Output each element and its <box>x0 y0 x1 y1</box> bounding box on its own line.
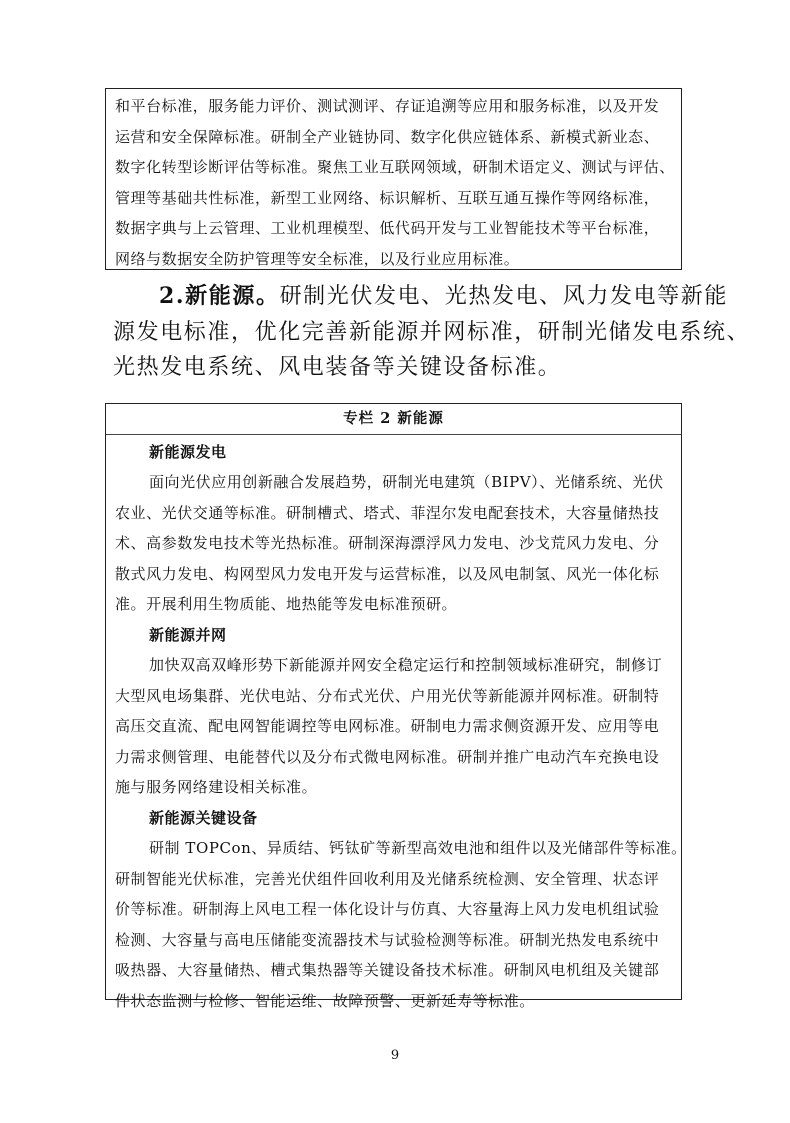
text-line: 加快双高双峰形势下新能源并网安全稳定运行和控制领域标准研究，制修订 <box>115 650 673 681</box>
subsection-paragraph: 加快双高双峰形势下新能源并网安全稳定运行和控制领域标准研究，制修订 大型风电场集… <box>115 650 673 803</box>
text-line: 数字化转型诊断评估等标准。聚焦工业互联网领域，研制术语定义、测试与评估、 <box>115 152 673 183</box>
continued-text-box: 和平台标准，服务能力评价、测试测评、存证追溯等应用和服务标准，以及开发 运营和安… <box>105 88 682 270</box>
text-line: 研制 TOPCon、异质结、钙钛矿等新型高效电池和组件以及光储部件等标准。 <box>115 833 673 864</box>
section-heading: 2.新能源。 <box>159 283 280 309</box>
text-line: 准。开展利用生物质能、地热能等发电标准预研。 <box>115 589 673 620</box>
text-line: 运营和安全保障标准。研制全产业链协同、数字化供应链体系、新模式新业态、 <box>115 122 673 153</box>
paragraph-line: 源发电标准，优化完善新能源并网标准，研制光储发电系统、 <box>113 315 683 351</box>
text-line: 和平台标准，服务能力评价、测试测评、存证追溯等应用和服务标准，以及开发 <box>115 91 673 122</box>
page-number: 9 <box>0 1048 790 1063</box>
text-line: 管理等基础共性标准，新型工业网络、标识解析、互联互通互操作等网络标准， <box>115 183 673 214</box>
subsection-title: 新能源发电 <box>115 437 673 467</box>
text-line: 面向光伏应用创新融合发展趋势，研制光电建筑（BIPV）、光储系统、光伏 <box>115 467 673 498</box>
text-line: 吸热器、大容量储热、槽式集热器等关键设备技术标准。研制风电机组及关键部 <box>115 955 673 986</box>
text-line: 研制智能光伏标准，完善光伏组件回收利用及光储系统检测、安全管理、状态评 <box>115 864 673 895</box>
paragraph-line: 光热发电系统、风电装备等关键设备标准。 <box>113 350 683 386</box>
text-line: 检测、大容量与高电压储能变流器技术与试验检测等标准。研制光热发电系统中 <box>115 925 673 956</box>
subsection-paragraph: 研制 TOPCon、异质结、钙钛矿等新型高效电池和组件以及光储部件等标准。 研制… <box>115 833 673 1017</box>
text-line: 术、高参数发电技术等光热标准。研制深海漂浮风力发电、沙戈荒风力发电、分 <box>115 528 673 559</box>
text-line: 农业、光伏交通等标准。研制槽式、塔式、菲涅尔发电配套技术，大容量储热技 <box>115 498 673 529</box>
text-line: 施与服务网络建设相关标准。 <box>115 772 673 803</box>
text-line: 数据字典与上云管理、工业机理模型、低代码开发与工业智能技术等平台标准， <box>115 213 673 244</box>
paragraph-text: 研制光伏发电、光热发电、风力发电等新能 <box>280 284 728 309</box>
subsection-title: 新能源关键设备 <box>115 803 673 833</box>
text-line: 价等标准。研制海上风电工程一体化设计与仿真、大容量海上风力发电机组试验 <box>115 894 673 925</box>
subsection-paragraph: 面向光伏应用创新融合发展趋势，研制光电建筑（BIPV）、光储系统、光伏 农业、光… <box>115 467 673 620</box>
text-line: 力需求侧管理、电能替代以及分布式微电网标准。研制并推广电动汽车充换电设 <box>115 742 673 773</box>
text-line: 件状态监测与检修、智能运维、故障预警、更新延寿等标准。 <box>115 986 673 1017</box>
text-line: 高压交直流、配电网智能调控等电网标准。研制电力需求侧资源开发、应用等电 <box>115 711 673 742</box>
text-line: 大型风电场集群、光伏电站、分布式光伏、户用光伏等新能源并网标准。研制特 <box>115 681 673 712</box>
text-line: 散式风力发电、构网型风力发电开发与运营标准，以及风电制氢、风光一体化标 <box>115 559 673 590</box>
column-box-title: 专栏 2 新能源 <box>106 404 681 435</box>
text-line: 网络与数据安全防护管理等安全标准，以及行业应用标准。 <box>115 244 673 275</box>
paragraph-line: 2.新能源。研制光伏发电、光热发电、风力发电等新能 <box>113 279 683 315</box>
section-paragraph: 2.新能源。研制光伏发电、光热发电、风力发电等新能 源发电标准，优化完善新能源并… <box>113 279 683 386</box>
column-box-body: 新能源发电 面向光伏应用创新融合发展趋势，研制光电建筑（BIPV）、光储系统、光… <box>106 435 681 1017</box>
column-box-new-energy: 专栏 2 新能源 新能源发电 面向光伏应用创新融合发展趋势，研制光电建筑（BIP… <box>105 403 682 1000</box>
subsection-title: 新能源并网 <box>115 620 673 650</box>
